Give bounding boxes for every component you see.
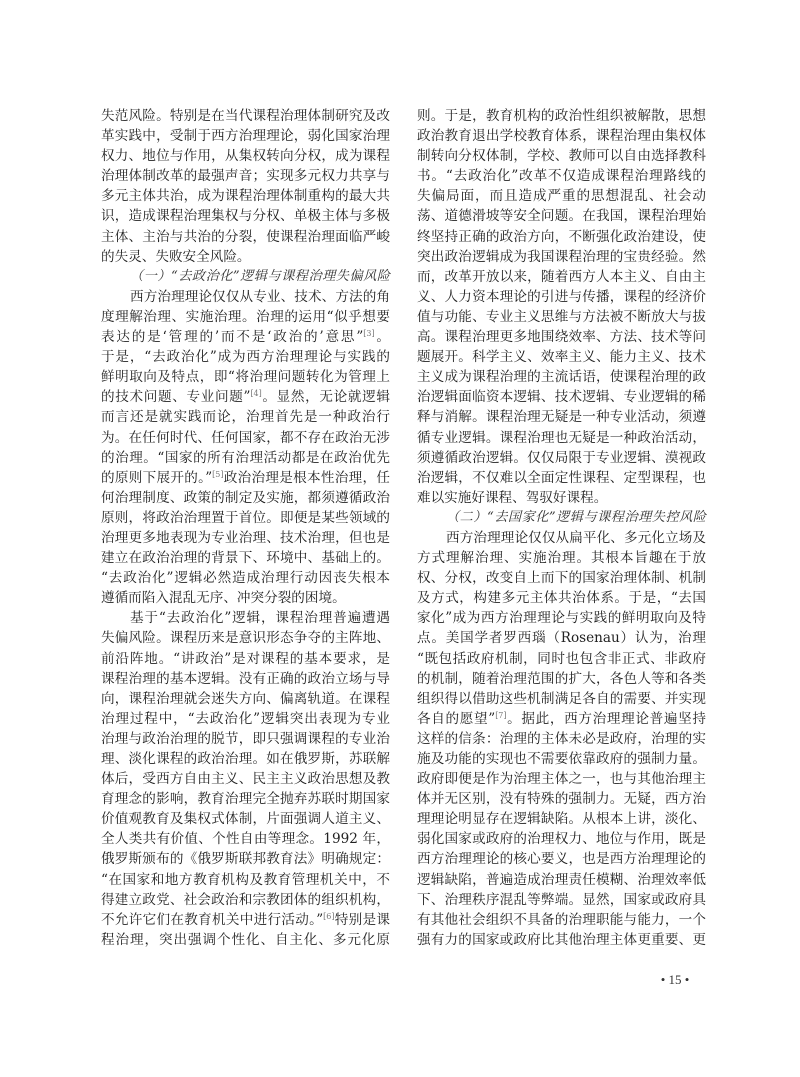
line-text: 点。美国学者罗西瑙（Rosenau）认为，治理 [417,630,706,646]
citation-ref: [6] [323,912,334,921]
line-text: 西方治理理论仅仅从扁平化、多元化立场及 [446,530,706,546]
line-text: 难以实施好课程、驾驭好课程。 [417,490,607,506]
text-line: 治理体制改革的最强声音；实现多元权力共享与 [101,166,390,186]
text-line: 原则，将政治治理置于首位。即便是某些领域的 [101,508,390,528]
line-text: 突出政治逻辑成为我国课程治理的宝贵经验。然 [417,249,706,265]
line-text: 释与消解。课程治理无疑是一种专业活动，须遵 [417,409,706,425]
citation-ref: [5] [212,470,223,479]
text-line: 荡、道德滑坡等安全问题。在我国，课程治理始 [417,206,706,226]
text-line: 释与消解。课程治理无疑是一种专业活动，须遵 [417,407,706,427]
text-line: “去政治化”逻辑必然造成治理行动因丧失根本 [101,568,390,588]
line-text: 治理体制改革的最强声音；实现多元权力共享与 [101,168,390,184]
line-text: 制转向分权体制，学校、教师可以自由选择教科 [417,148,706,164]
line-text: 权、分权，改变自上而下的国家治理体制、机制 [417,570,706,586]
line-text: 理理论明显存在逻辑缺陷。从根本上讲，淡化、 [417,811,706,827]
text-line: 遵循而陷入混乱无序、冲突分裂的困境。 [101,588,390,608]
line-text-continued: 。 [375,329,390,345]
page-number: • 15 • [650,972,700,988]
text-line: “既包括政府机制，同时也包含非正式、非政府 [417,649,706,669]
text-line: 治理更多地表现为专业治理、技术治理，但也是 [101,528,390,548]
line-text: 失偏局面，而且造成严重的思想混乱、社会动 [417,188,706,204]
text-line: 各自的愿望”[7]。据此，西方治理理论普遍坚持 [417,709,706,729]
text-line: 建立在政治治理的背景下、环境中、基础上的。 [101,548,390,568]
line-text: 书。“去政治化”改革不仅造成课程治理路线的 [417,168,706,184]
line-text: 各自的愿望” [417,711,495,727]
text-line: 为。在任何时代、任何国家，都不存在政治无涉 [101,428,390,448]
line-text: 何治理制度、政策的制定及实施，都须遵循政治 [101,490,390,506]
text-line: 得建立政党、社会政治和宗教团体的组织机构， [101,890,390,910]
line-text: 失范风险。特别是在当代课程治理体制研究及改 [101,108,390,124]
text-line: 主体、主治与共治的分裂，使课程治理面临严峻 [101,227,390,247]
line-text: （一）“去政治化”逻辑与课程治理失偏风险 [130,269,390,284]
text-line: 何治理制度、政策的制定及实施，都须遵循政治 [101,488,390,508]
text-line: 失偏风险。课程历来是意识形态争夺的主阵地、 [101,628,390,648]
text-line: 全人类共有价值、个性自由等理念。1992 年， [101,829,390,849]
text-line: 治理过程中，“去政治化”逻辑突出表现为专业 [101,709,390,729]
line-text: 治理更多地表现为专业治理、技术治理，但也是 [101,530,390,546]
line-text: 义、人力资本理论的引进与传播，课程的经济价 [417,289,706,305]
text-line: 主义成为课程治理的主流话语，使课程治理的政 [417,367,706,387]
text-line: 方式理解治理、实施治理。其根本旨趣在于放 [417,548,706,568]
text-line: 突出政治逻辑成为我国课程治理的宝贵经验。然 [417,247,706,267]
text-line: 的机制，随着治理范围的扩大，各色人等和各类 [417,669,706,689]
line-text: 的机制，随着治理范围的扩大，各色人等和各类 [417,671,706,687]
line-text: 政治教育退出学校教育体系，课程治理由集权体 [417,128,706,144]
line-text: 主义成为课程治理的主流话语，使课程治理的政 [417,369,706,385]
left-column: 失范风险。特别是在当代课程治理体制研究及改革实践中，受制于西方治理理论，弱化国家… [101,106,390,950]
text-line: 识，造成课程治理集权与分权、单极主体与多极 [101,206,390,226]
line-text-continued: 。显然，无论就逻辑 [262,389,390,405]
text-line: 下、治理秩序混乱等弊端。显然，国家或政府具 [417,890,706,910]
line-text: 及方式，构建多元主体共治体系。于是，“去国 [417,590,706,606]
text-line: 循专业逻辑。课程治理也无疑是一种政治活动， [417,428,706,448]
line-text: 主体、主治与共治的分裂，使课程治理面临严峻 [101,229,390,245]
line-text: 家化”成为西方治理理论与实践的鲜明取向及特 [417,610,706,626]
text-line: 价值观教育及集权式体制，片面强调人道主义、 [101,809,390,829]
text-line: 的失灵、失败安全风险。 [101,247,390,267]
text-line: 则。于是，教育机构的政治性组织被解散，思想 [417,106,706,126]
line-text: 题展开。科学主义、效率主义、能力主义、技术 [417,349,706,365]
line-text: 多元主体共治，成为课程治理体制重构的最大共 [101,188,390,204]
line-text: 基于“去政治化”逻辑，课程治理普遍遭遇 [130,610,390,626]
text-line: 而，改革开放以来，随着西方人本主义、自由主 [417,267,706,287]
text-line: 题展开。科学主义、效率主义、能力主义、技术 [417,347,706,367]
line-text: 西方治理理论仅仅从专业、技术、方法的角 [130,289,390,305]
line-text: 须遵循政治逻辑。仅仅局限于专业逻辑、漠视政 [417,450,706,466]
text-line: 义、人力资本理论的引进与传播，课程的经济价 [417,287,706,307]
line-text: 循专业逻辑。课程治理也无疑是一种政治活动， [417,430,706,446]
line-text: 逻辑缺陷，普遍造成治理责任模糊、治理效率低 [417,872,706,888]
text-line: 育理念的影响，教育治理完全抛弃苏联时期国家 [101,789,390,809]
text-line: 鲜明取向及特点，即“将治理问题转化为管理上 [101,367,390,387]
section-heading: （二）“去国家化”逻辑与课程治理失控风险 [417,508,706,528]
text-line: 而言还是就实践而论，治理首先是一种政治行 [101,407,390,427]
text-line: 难以实施好课程、驾驭好课程。 [417,488,706,508]
text-line: 权力、地位与作用，从集权转向分权，成为课程 [101,146,390,166]
line-text: 荡、道德滑坡等安全问题。在我国，课程治理始 [417,208,706,224]
text-line: 施及功能的实现也不需要依靠政府的强制力量。 [417,749,706,769]
text-line: 权、分权，改变自上而下的国家治理体制、机制 [417,568,706,588]
line-text: 全人类共有价值、个性自由等理念。1992 年， [101,831,390,847]
line-text: 鲜明取向及特点，即“将治理问题转化为管理上 [101,369,390,385]
text-line: 终坚持正确的政治方向，不断强化政治建设，使 [417,227,706,247]
text-line: 体并无区别，没有特殊的强制力。无疑，西方治 [417,789,706,809]
line-text: 前沿阵地。“讲政治”是对课程的基本要求，是 [101,651,390,667]
text-line: “在国家和地方教育机构及教育管理机关中，不 [101,870,390,890]
text-line: 于是，“去政治化”成为西方治理理论与实践的 [101,347,390,367]
text-line: 程治理，突出强调个性化、自主化、多元化原 [101,930,390,950]
text-line: 西方治理理论的核心要义，也是西方治理理论的 [417,849,706,869]
text-line: 表达的是‘管理的’而不是‘政治的’意思”[3]。 [101,327,390,347]
text-line: 弱化国家或政府的治理权力、地位与作用，既是 [417,829,706,849]
line-text: 的失灵、失败安全风险。 [101,249,251,265]
line-text: 识，造成课程治理集权与分权、单极主体与多极 [101,208,390,224]
text-line: 的治理。“国家的所有治理活动都是在政治优先 [101,448,390,468]
line-text: 俄罗斯颁布的《俄罗斯联邦教育法》明确规定： [101,851,390,867]
line-text: 建立在政治治理的背景下、环境中、基础上的。 [101,550,390,566]
line-text: 下、治理秩序混乱等弊端。显然，国家或政府具 [417,892,706,908]
line-text: 体并无区别，没有特殊的强制力。无疑，西方治 [417,791,706,807]
line-text: 则。于是，教育机构的政治性组织被解散，思想 [417,108,706,124]
journal-page: 失范风险。特别是在当代课程治理体制研究及改革实践中，受制于西方治理理论，弱化国家… [0,0,800,1077]
line-text: 失偏风险。课程历来是意识形态争夺的主阵地、 [101,630,390,646]
line-text: 不允许它们在教育机关中进行活动。” [101,912,323,928]
line-text: 程治理，突出强调个性化、自主化、多元化原 [101,932,390,948]
line-text: 终坚持正确的政治方向，不断强化政治建设，使 [417,229,706,245]
text-line: 须遵循政治逻辑。仅仅局限于专业逻辑、漠视政 [417,448,706,468]
line-text: 权力、地位与作用，从集权转向分权，成为课程 [101,148,390,164]
text-line: 治逻辑面临资本逻辑、技术逻辑、专业逻辑的稀 [417,387,706,407]
line-text: 有其他社会组织不具备的治理职能与能力，一个 [417,912,706,928]
text-line: 课程治理的基本逻辑。没有正确的政治立场与导 [101,669,390,689]
line-text: 度理解治理、实施治理。治理的运用“似乎想要 [101,309,390,325]
text-line: 失范风险。特别是在当代课程治理体制研究及改 [101,106,390,126]
line-text: （二）“去国家化”逻辑与课程治理失控风险 [446,510,706,525]
text-line: 逻辑缺陷，普遍造成治理责任模糊、治理效率低 [417,870,706,890]
line-text: 而言还是就实践而论，治理首先是一种政治行 [101,409,390,425]
line-text: 组织得以借助这些机制满足各自的需要、并实现 [417,691,706,707]
text-line: 向，课程治理就会迷失方向、偏离轨道。在课程 [101,689,390,709]
text-line: 西方治理理论仅仅从专业、技术、方法的角 [101,287,390,307]
text-line: 理、淡化课程的政治治理。如在俄罗斯，苏联解 [101,749,390,769]
line-text: 治逻辑，不仅难以全面定性课程、定型课程，也 [417,470,706,486]
text-line: 书。“去政治化”改革不仅造成课程治理路线的 [417,166,706,186]
text-line: 西方治理理论仅仅从扁平化、多元化立场及 [417,528,706,548]
line-text-continued: 政治治理是根本性治理，任 [224,470,391,486]
line-text: “去政治化”逻辑必然造成治理行动因丧失根本 [101,570,390,586]
line-text: 得建立政党、社会政治和宗教团体的组织机构， [101,892,390,908]
line-text: 理、淡化课程的政治治理。如在俄罗斯，苏联解 [101,751,390,767]
line-text: 高。课程治理更多地围绕效率、方法、技术等问 [417,329,706,345]
text-line: 政府即便是作为治理主体之一，也与其他治理主 [417,769,706,789]
line-text: 的治理。“国家的所有治理活动都是在政治优先 [101,450,390,466]
line-text: 政府即便是作为治理主体之一，也与其他治理主 [417,771,706,787]
text-line: 的技术问题、专业问题”[4]。显然，无论就逻辑 [101,387,390,407]
text-line: 强有力的国家或政府比其他治理主体更重要、更 [417,930,706,950]
line-text: 施及功能的实现也不需要依靠政府的强制力量。 [417,751,706,767]
line-text: 的技术问题、专业问题” [101,389,250,405]
citation-ref: [4] [250,389,261,398]
line-text: “在国家和地方教育机构及教育管理机关中，不 [101,872,390,888]
text-line: 前沿阵地。“讲政治”是对课程的基本要求，是 [101,649,390,669]
text-line: 及方式，构建多元主体共治体系。于是，“去国 [417,588,706,608]
text-line: 多元主体共治，成为课程治理体制重构的最大共 [101,186,390,206]
text-line: 度理解治理、实施治理。治理的运用“似乎想要 [101,307,390,327]
text-line: 俄罗斯颁布的《俄罗斯联邦教育法》明确规定： [101,849,390,869]
text-line: 治逻辑，不仅难以全面定性课程、定型课程，也 [417,468,706,488]
line-text: 强有力的国家或政府比其他治理主体更重要、更 [417,932,706,948]
line-text-continued: 。据此，西方治理理论普遍坚持 [507,711,706,727]
text-line: 失偏局面，而且造成严重的思想混乱、社会动 [417,186,706,206]
text-line: 高。课程治理更多地围绕效率、方法、技术等问 [417,327,706,347]
line-text: 育理念的影响，教育治理完全抛弃苏联时期国家 [101,791,390,807]
line-text: 这样的信条：治理的主体未必是政府，治理的实 [417,731,706,747]
text-line: 值与功能、专业主义思维与方法被不断放大与拔 [417,307,706,327]
line-text: 向，课程治理就会迷失方向、偏离轨道。在课程 [101,691,390,707]
line-text: 弱化国家或政府的治理权力、地位与作用，既是 [417,831,706,847]
line-text: 原则，将政治治理置于首位。即便是某些领域的 [101,510,390,526]
line-text: 表达的是‘管理的’而不是‘政治的’意思” [101,329,363,345]
line-text: 体后，受西方自由主义、民主主义政治思想及教 [101,771,390,787]
text-line: 家化”成为西方治理理论与实践的鲜明取向及特 [417,608,706,628]
line-text: 治理与政治治理的脱节，即只强调课程的专业治 [101,731,390,747]
right-column: 则。于是，教育机构的政治性组织被解散，思想政治教育退出学校教育体系，课程治理由集… [417,106,706,950]
line-text: 治理过程中，“去政治化”逻辑突出表现为专业 [101,711,390,727]
line-text: 方式理解治理、实施治理。其根本旨趣在于放 [417,550,706,566]
citation-ref: [7] [495,711,506,720]
line-text: 课程治理的基本逻辑。没有正确的政治立场与导 [101,671,390,687]
text-line: 的原则下展开的。”[5]政治治理是根本性治理，任 [101,468,390,488]
line-text-continued: 特别是课 [335,912,391,928]
citation-ref: [3] [363,329,374,338]
text-line: 这样的信条：治理的主体未必是政府，治理的实 [417,729,706,749]
text-line: 制转向分权体制，学校、教师可以自由选择教科 [417,146,706,166]
line-text: 的原则下展开的。” [101,470,212,486]
line-text: “既包括政府机制，同时也包含非正式、非政府 [417,651,706,667]
text-line: 不允许它们在教育机关中进行活动。”[6]特别是课 [101,910,390,930]
text-line: 组织得以借助这些机制满足各自的需要、并实现 [417,689,706,709]
line-text: 价值观教育及集权式体制，片面强调人道主义、 [101,811,390,827]
line-text: 遵循而陷入混乱无序、冲突分裂的困境。 [101,590,346,606]
line-text: 值与功能、专业主义思维与方法被不断放大与拔 [417,309,706,325]
text-line: 理理论明显存在逻辑缺陷。从根本上讲，淡化、 [417,809,706,829]
text-line: 有其他社会组织不具备的治理职能与能力，一个 [417,910,706,930]
text-line: 基于“去政治化”逻辑，课程治理普遍遭遇 [101,608,390,628]
text-line: 政治教育退出学校教育体系，课程治理由集权体 [417,126,706,146]
line-text: 治逻辑面临资本逻辑、技术逻辑、专业逻辑的稀 [417,389,706,405]
line-text: 而，改革开放以来，随着西方人本主义、自由主 [417,269,706,285]
line-text: 于是，“去政治化”成为西方治理理论与实践的 [101,349,390,365]
text-line: 体后，受西方自由主义、民主主义政治思想及教 [101,769,390,789]
line-text: 为。在任何时代、任何国家，都不存在政治无涉 [101,430,390,446]
section-heading: （一）“去政治化”逻辑与课程治理失偏风险 [101,267,390,287]
line-text: 革实践中，受制于西方治理理论，弱化国家治理 [101,128,390,144]
text-line: 治理与政治治理的脱节，即只强调课程的专业治 [101,729,390,749]
line-text: 西方治理理论的核心要义，也是西方治理理论的 [417,851,706,867]
text-line: 点。美国学者罗西瑙（Rosenau）认为，治理 [417,628,706,648]
text-line: 革实践中，受制于西方治理理论，弱化国家治理 [101,126,390,146]
